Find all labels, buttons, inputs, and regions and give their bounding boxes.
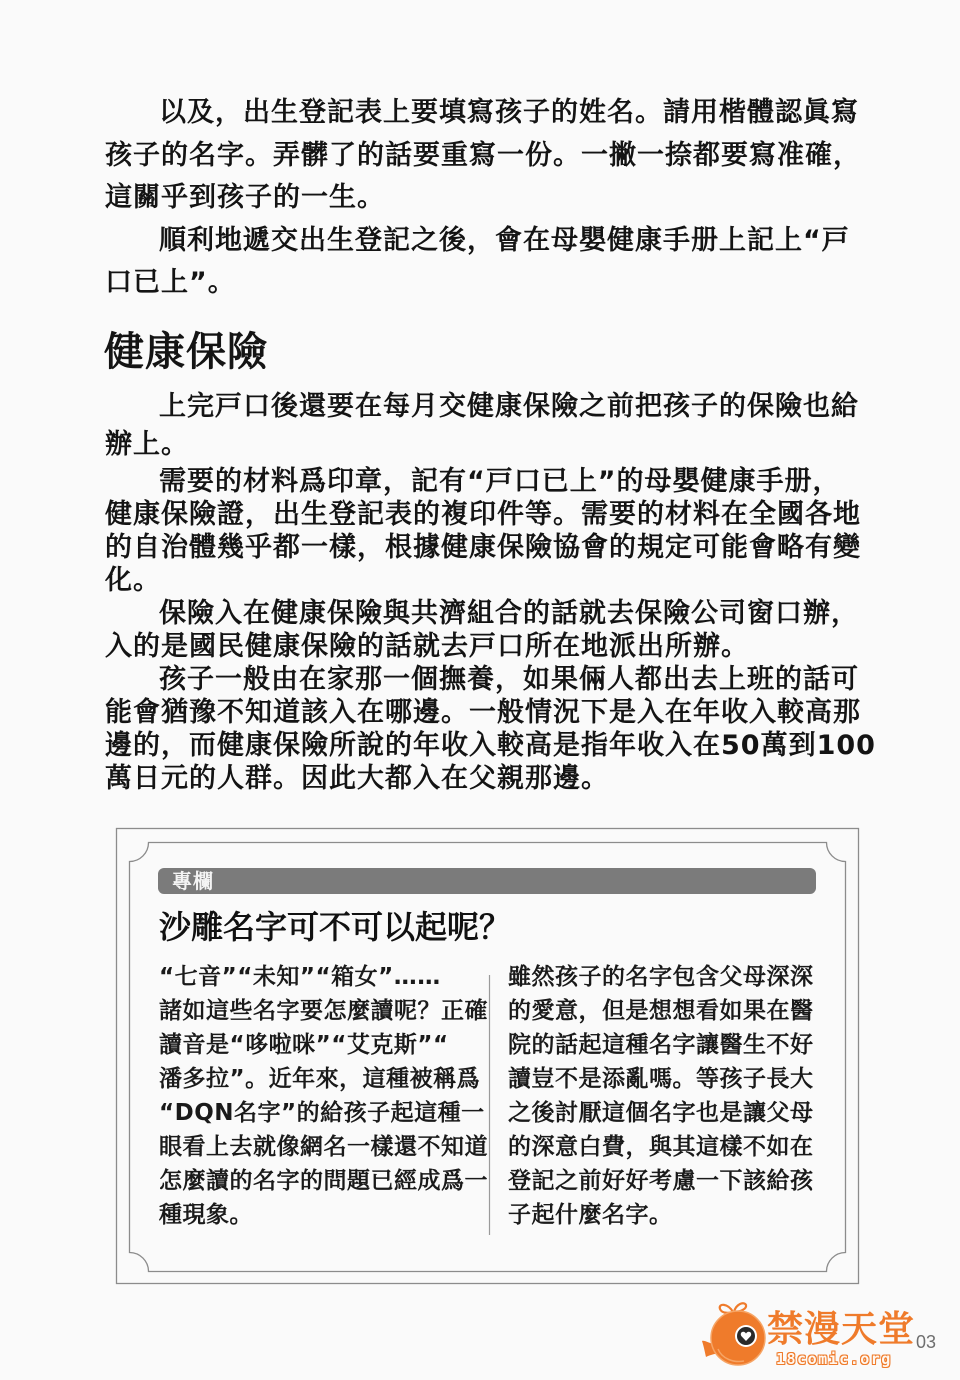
paragraph-line: 口已上”。 <box>105 262 861 305</box>
paragraph-line: 順利地遞交出生登記之後，會在母嬰健康手册上記上“戸 <box>105 220 861 263</box>
column-title: 沙雕名字可不可以起呢？ <box>159 906 511 948</box>
page-number: 03 <box>916 1332 936 1352</box>
paragraph-line: 保險入在健康保險與共濟組合的話就去保險公司窗口辦， <box>105 597 876 630</box>
paragraph-line: 邊的，而健康保險所說的年收入較高是指年收入在50萬到100 <box>105 729 876 762</box>
intro-text-block: 以及，出生登記表上要填寫孩子的姓名。請用楷體認眞寫 孩子的名字。弄髒了的話要重寫… <box>105 92 861 305</box>
column-line: 院的話起這種名字讓醫生不好 <box>508 1028 814 1062</box>
insurance-text-block-2: 需要的材料爲印章，記有“戸口已上”的母嬰健康手册， 健康保險證，出生登記表的複印… <box>105 465 876 795</box>
column-label-bar: 專欄 <box>158 868 816 894</box>
column-line: 種現象。 <box>159 1198 488 1232</box>
orange-mascot-heart-eye-icon <box>700 1295 770 1375</box>
paragraph-line: 萬日元的人群。因此大都入在父親那邊。 <box>105 762 876 795</box>
paragraph-line: 辦上。 <box>105 426 859 464</box>
column-line: 的深意白費，與其這樣不如在 <box>508 1130 814 1164</box>
paragraph-line: 孩子一般由在家那一個撫養，如果倆人都出去上班的話可 <box>105 663 876 696</box>
column-right-text: 雖然孩子的名字包含父母深深 的愛意，但是想想看如果在醫 院的話起這種名字讓醫生不… <box>508 960 814 1232</box>
watermark-brand-name: 禁漫天堂 <box>767 1310 915 1350</box>
section-heading: 健康保險 <box>104 328 268 376</box>
paragraph-line: 能會猶豫不知道該入在哪邊。一般情況下是入在年收入較高那 <box>105 696 876 729</box>
column-line: 之後討厭這個名字也是讓父母 <box>508 1096 814 1130</box>
column-line: 登記之前好好考慮一下該給孩 <box>508 1164 814 1198</box>
column-line: 讀音是“哆啦咪”“艾克斯”“ <box>159 1028 488 1062</box>
column-line: 諸如這些名字要怎麼讀呢？正確 <box>159 994 488 1028</box>
insurance-text-block-1: 上完戸口後還要在每月交健康保險之前把孩子的保險也給 辦上。 <box>105 388 859 464</box>
column-line: “七音”“未知”“箱女”…… <box>159 960 488 994</box>
paragraph-line: 孩子的名字。弄髒了的話要重寫一份。一撇一捺都要寫准確， <box>105 135 861 178</box>
column-line: 怎麼讀的名字的問題已經成爲一 <box>159 1164 488 1198</box>
column-line: 的愛意，但是想想看如果在醫 <box>508 994 814 1028</box>
column-label: 專欄 <box>172 868 214 894</box>
watermark-url: 18comic.org <box>776 1350 892 1368</box>
paragraph-line: 入的是國民健康保險的話就去戸口所在地派出所辦。 <box>105 630 876 663</box>
column-line: 子起什麼名字。 <box>508 1198 814 1232</box>
column-line: 潘多拉”。近年來，這種被稱爲 <box>159 1062 488 1096</box>
column-line: 雖然孩子的名字包含父母深深 <box>508 960 814 994</box>
column-line: 眼看上去就像網名一樣還不知道 <box>159 1130 488 1164</box>
paragraph-line: 以及，出生登記表上要填寫孩子的姓名。請用楷體認眞寫 <box>105 92 861 135</box>
column-line: “DQN名字”的給孩子起這種一 <box>159 1096 488 1130</box>
column-left-text: “七音”“未知”“箱女”…… 諸如這些名字要怎麼讀呢？正確 讀音是“哆啦咪”“艾… <box>159 960 488 1232</box>
column-line: 讀豈不是添亂嗎。等孩子長大 <box>508 1062 814 1096</box>
paragraph-line: 化。 <box>105 564 876 597</box>
paragraph-line: 需要的材料爲印章，記有“戸口已上”的母嬰健康手册， <box>105 465 876 498</box>
paragraph-line: 這關乎到孩子的一生。 <box>105 177 861 220</box>
paragraph-line: 的自治體幾乎都一樣，根據健康保險協會的規定可能會略有變 <box>105 531 876 564</box>
paragraph-line: 健康保險證，出生登記表的複印件等。需要的材料在全國各地 <box>105 498 876 531</box>
paragraph-line: 上完戸口後還要在每月交健康保險之前把孩子的保險也給 <box>105 388 859 426</box>
